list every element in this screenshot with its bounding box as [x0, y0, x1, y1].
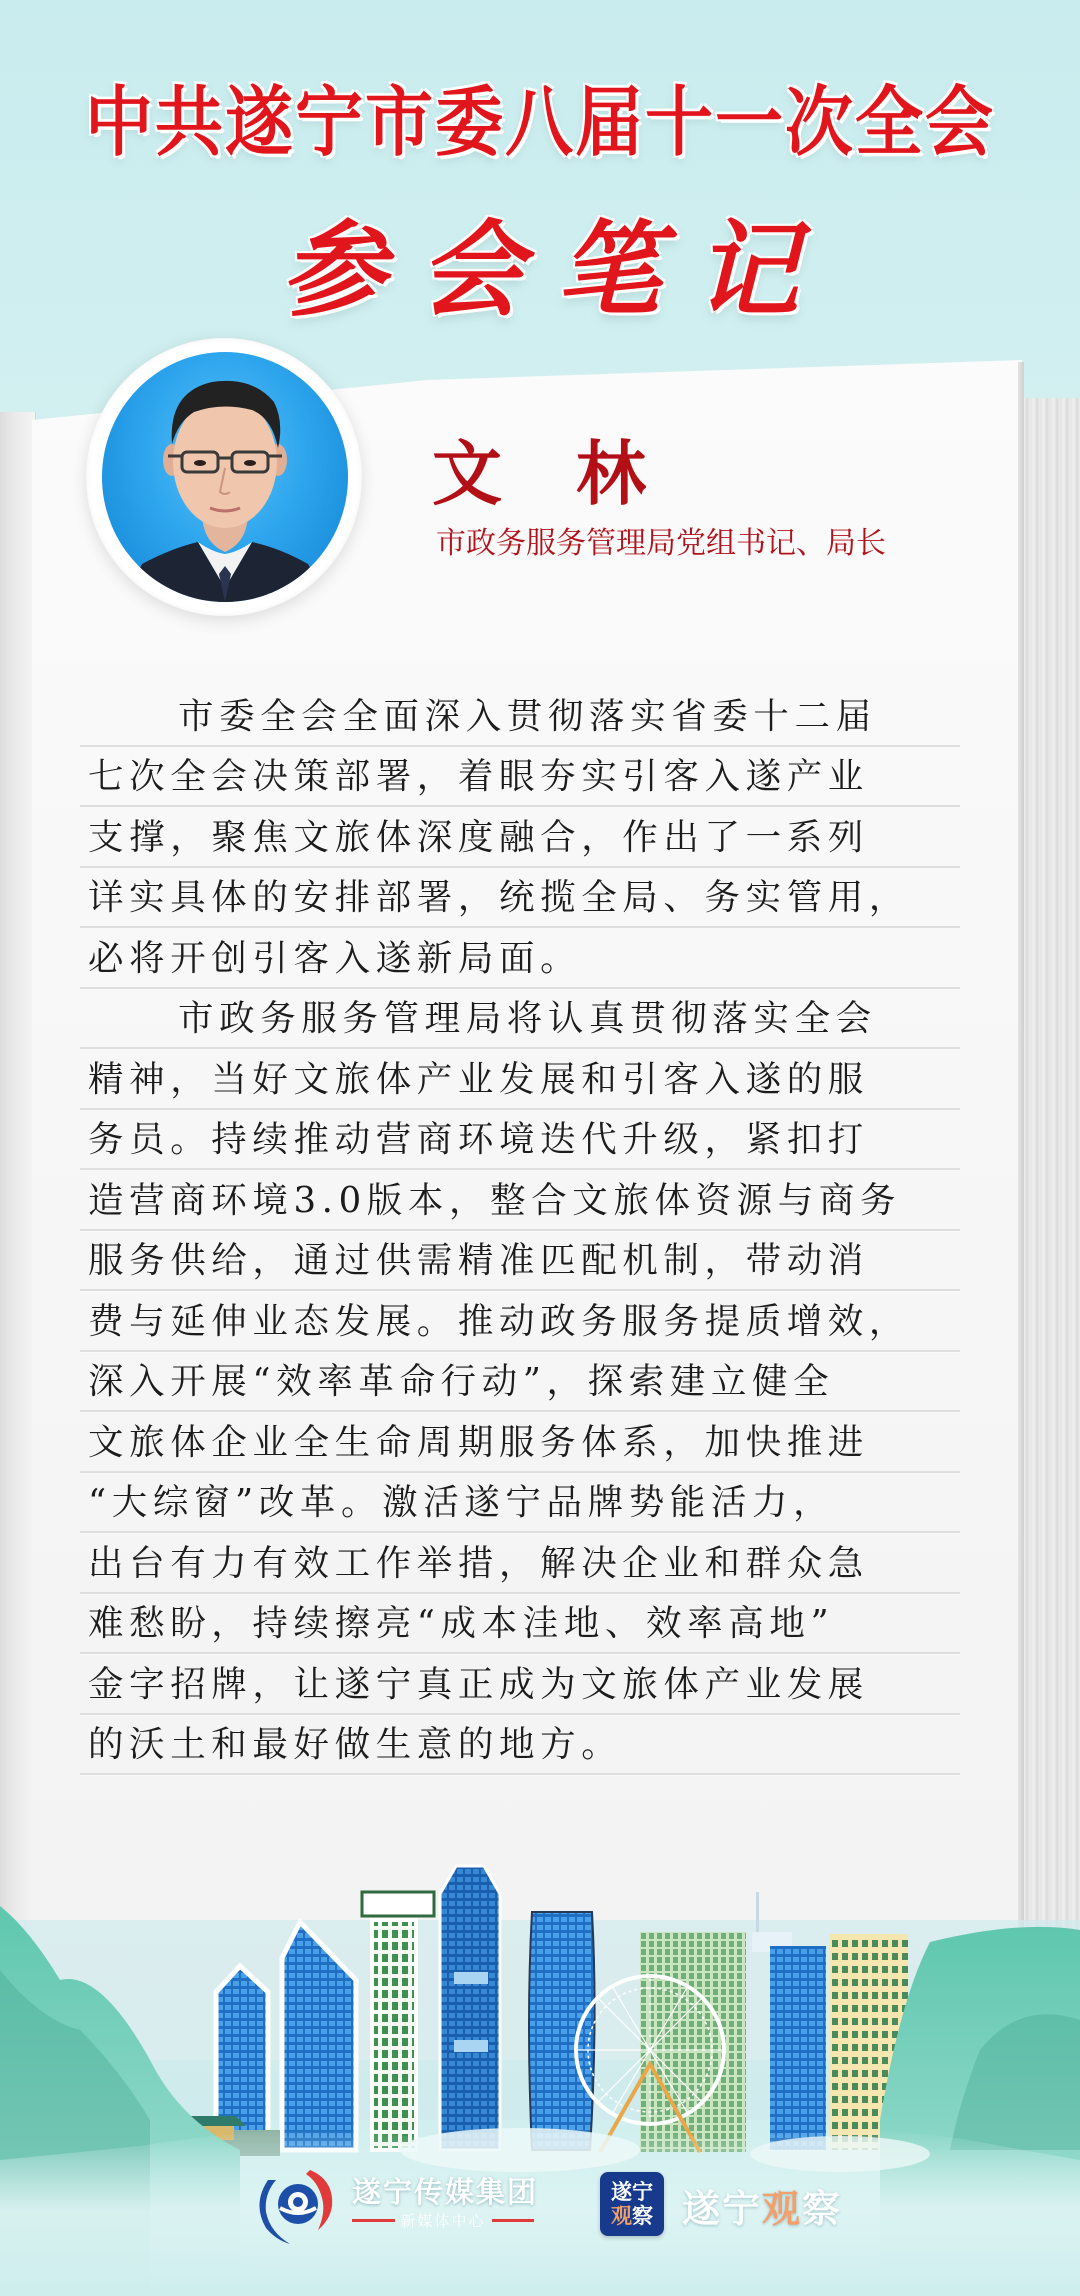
article-line: 文旅体企业全生命周期服务体系，加快推进	[80, 1412, 960, 1473]
app-icon-accent-char: 观	[611, 2204, 632, 2228]
article-line: 深入开展“效率革命行动”，探索建立健全	[80, 1352, 960, 1413]
book-stack-left	[0, 412, 36, 2032]
article-line: 市委全会全面深入贯彻落实省委十二届	[80, 686, 960, 747]
footer-logos: 遂宁传媒集团 新媒体中心 遂宁 观察 遂宁观察	[0, 2168, 1080, 2248]
suining-observe-app-name: 遂宁观察	[682, 2178, 842, 2233]
divider	[352, 2219, 395, 2222]
notes-title: 参会笔记	[0, 186, 1080, 336]
book-stack-right	[1020, 398, 1080, 2038]
suining-media-group-logo-icon	[250, 2168, 346, 2244]
article-body: 市委全会全面深入贯彻落实省委十二届 七次全会决策部署，着眼夯实引客入遂产业 支撑…	[80, 686, 960, 1775]
article-line: “大综窗”改革。激活遂宁品牌势能活力，	[80, 1473, 960, 1534]
book-page-edge	[1018, 362, 1024, 2052]
person-portrait	[102, 352, 348, 602]
article-line: 出台有力有效工作举措，解决企业和群众急	[80, 1533, 960, 1594]
article-line: 务员。持续推动营商环境迭代升级，紧扣打	[80, 1110, 960, 1171]
app-name-part: 察	[802, 2187, 842, 2231]
person-name: 文林	[432, 418, 720, 519]
person-position: 市政务服务管理局党组书记、局长	[436, 518, 886, 562]
media-group-subtitle-text: 新媒体中心	[401, 2210, 486, 2231]
article-line: 精神，当好文旅体产业发展和引客入遂的服	[80, 1049, 960, 1110]
divider	[492, 2219, 535, 2222]
article-line: 支撑，聚焦文旅体深度融合，作出了一系列	[80, 807, 960, 868]
person-portrait-icon	[102, 352, 348, 602]
article-line: 的沃土和最好做生意的地方。	[80, 1715, 960, 1776]
media-group-name: 遂宁传媒集团	[352, 2170, 538, 2211]
article-line: 造营商环境3.0版本，整合文旅体资源与商务	[80, 1170, 960, 1231]
article-line: 必将开创引客入遂新局面。	[80, 928, 960, 989]
article-line: 七次全会决策部署，着眼夯实引客入遂产业	[80, 747, 960, 808]
article-line: 费与延伸业态发展。推动政务服务提质增效，	[80, 1291, 960, 1352]
app-icon-text-top: 遂宁	[611, 2180, 653, 2204]
suining-observe-app-icon: 遂宁 观察	[600, 2172, 664, 2236]
article-line: 市政务服务管理局将认真贯彻落实全会	[80, 989, 960, 1050]
app-icon-char: 察	[632, 2204, 653, 2228]
article-line: 难愁盼，持续擦亮“成本洼地、效率高地”	[80, 1594, 960, 1655]
app-icon-text-bottom: 观察	[611, 2204, 653, 2228]
app-name-part: 遂宁	[682, 2187, 762, 2231]
article-line: 详实具体的安排部署，统揽全局、务实管用，	[80, 868, 960, 929]
conference-title: 中共遂宁市委八届十一次全会	[0, 62, 1080, 171]
article-line: 金字招牌，让遂宁真正成为文旅体产业发展	[80, 1654, 960, 1715]
app-name-accent: 观	[762, 2187, 802, 2231]
article-line: 服务供给，通过供需精准匹配机制，带动消	[80, 1231, 960, 1292]
media-group-subtitle: 新媒体中心	[352, 2210, 534, 2231]
